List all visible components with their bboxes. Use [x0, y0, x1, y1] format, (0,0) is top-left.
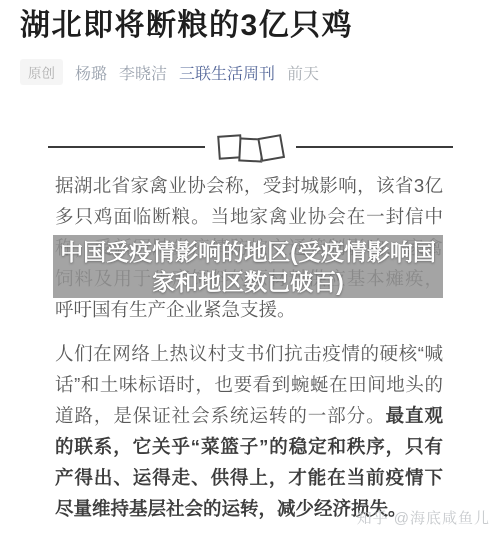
account-link[interactable]: 三联生活周刊	[179, 61, 275, 84]
divider-line-right	[296, 146, 453, 148]
byline: 原创 杨璐 李晓洁 三联生活周刊 前天	[20, 59, 319, 85]
three-squares-icon	[218, 127, 283, 167]
caption-overlay-text: 中国受疫情影响的地区(受疫情影响国家和地区数已破百)	[53, 237, 443, 297]
publish-date: 前天	[287, 61, 319, 84]
section-divider	[0, 126, 500, 168]
article-title: 湖北即将断粮的3亿只鸡	[20, 6, 480, 46]
zhihu-watermark: 知乎 @海底咸鱼儿	[357, 507, 490, 528]
original-badge: 原创	[20, 59, 63, 85]
author-name-2: 李晓洁	[119, 61, 167, 84]
divider-line-left	[48, 146, 205, 148]
author-name-1: 杨璐	[75, 61, 107, 84]
caption-overlay: 中国受疫情影响的地区(受疫情影响国家和地区数已破百)	[53, 235, 443, 298]
paragraph-2: 人们在网络上热议村支书们抗击疫情的硬核“喊话”和土味标语时，也要看到蜿蜒在田间地…	[55, 338, 443, 524]
square-icon	[257, 134, 285, 162]
article-page: 湖北即将断粮的3亿只鸡 原创 杨璐 李晓洁 三联生活周刊 前天 据湖北省家禽业协…	[0, 0, 500, 534]
